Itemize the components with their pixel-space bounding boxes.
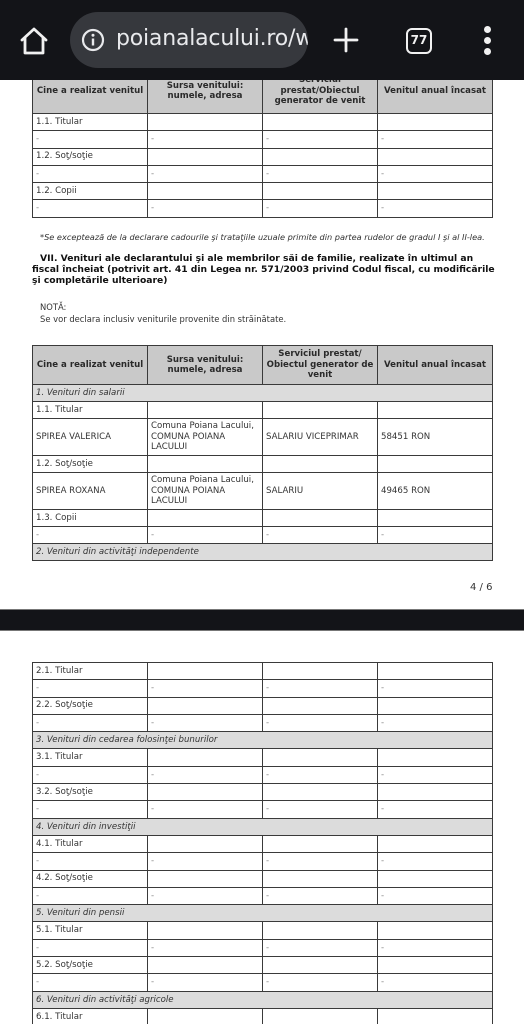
section-label: 6. Venituri din activităţi agricole [33,991,493,1008]
table-cell: - [33,680,148,697]
table-body: 2.1. Titular----2.2. Soţ/soţie----3. Ven… [33,663,493,1024]
table-cell: 4.1. Titular [33,835,148,852]
table-cell: 4.2. Soţ/soţie [33,870,148,887]
table-cell: - [148,680,263,697]
table-cell: - [263,887,378,904]
table-cell: - [263,680,378,697]
table-cell: - [148,200,263,217]
table-cell [263,456,378,473]
table-cell [263,402,378,419]
table-cell [148,697,263,714]
header-cell: Serviciul prestat/ Obiectul generator de… [263,346,378,385]
table-cell: 5.2. Soţ/soţie [33,957,148,974]
table-cell: 3.1. Titular [33,749,148,766]
table-cell: - [263,974,378,991]
table-cell [378,402,493,419]
tab-count: 77 [411,33,428,47]
table-row: ---- [33,853,493,870]
table-cell [263,510,378,527]
table-row: ---- [33,680,493,697]
table-cell [263,784,378,801]
table-cell: - [148,714,263,731]
table-cell [263,1008,378,1024]
table-cell: - [33,939,148,956]
table-row: 4.2. Soţ/soţie [33,870,493,887]
table-cell: - [148,853,263,870]
pdf-document-view[interactable]: Cine a realizat venitul Sursa venitului:… [0,0,524,1024]
table-row: ---- [33,714,493,731]
table-cell: - [33,766,148,783]
table-cell: - [378,887,493,904]
table-row: 5.2. Soţ/soţie [33,957,493,974]
table-cell: - [33,131,148,148]
table-cell: - [148,527,263,544]
table-row: 4.1. Titular [33,835,493,852]
table-row: SPIREA VALERICAComuna Poiana Lacului, CO… [33,419,493,456]
table-cell: 1.1. Titular [33,402,148,419]
table-cell [378,663,493,680]
table-cell: - [148,801,263,818]
table-cell [148,835,263,852]
section-row: 3. Venituri din cedarea folosinţei bunur… [33,732,493,749]
section-label: 3. Venituri din cedarea folosinţei bunur… [33,732,493,749]
table-cell [263,183,378,200]
table-cell [263,835,378,852]
table-cell: 1.2. Soţ/soţie [33,456,148,473]
table-cell: - [263,131,378,148]
table-cell [148,663,263,680]
table-cell [263,749,378,766]
table-row: 2.1. Titular [33,663,493,680]
section-row: 1. Venituri din salarii [33,385,493,402]
nota-text: Se vor declara inclusiv veniturile prove… [40,314,286,324]
table-row: ---- [33,974,493,991]
table-cell [378,456,493,473]
table-cell: - [148,939,263,956]
table-cell [263,922,378,939]
table-cell: - [263,766,378,783]
table-cell: - [378,974,493,991]
table-cell [378,922,493,939]
table-cell [378,749,493,766]
more-menu-button[interactable] [478,26,498,56]
table-cell: - [378,714,493,731]
table-cell [263,697,378,714]
table-cell: 6.1. Titular [33,1008,148,1024]
table-cell [148,922,263,939]
home-icon [18,25,50,57]
table-cell [378,1008,493,1024]
table-cell: - [378,200,493,217]
section-row: 6. Venituri din activităţi agricole [33,991,493,1008]
section-title: VII. Venituri ale declarantului şi ale m… [32,253,502,286]
table-cell: - [33,974,148,991]
table-cell: 2.1. Titular [33,663,148,680]
table-cell: SALARIU [263,473,378,510]
table-cell [378,870,493,887]
table-cell: - [148,165,263,182]
table-cell: 5.1. Titular [33,922,148,939]
section-row: 4. Venituri din investiţii [33,818,493,835]
table-cell [148,183,263,200]
table-cell [148,870,263,887]
plus-icon [330,24,362,56]
menu-dot [484,37,491,44]
table-cell: SALARIU VICEPRIMAR [263,419,378,456]
table-cell: - [148,131,263,148]
new-tab-button[interactable] [330,24,362,56]
table-cell [263,870,378,887]
table-cell: - [33,887,148,904]
table-cell: - [378,939,493,956]
table-row: 1.1. Titular [33,114,493,131]
table-cell [148,402,263,419]
table-cell [148,510,263,527]
table-row: 6.1. Titular [33,1008,493,1024]
table-body: 1.1. Titular----1.2. Soţ/soţie----1.2. C… [33,114,493,218]
table-cell: - [148,766,263,783]
table-row: 5.1. Titular [33,922,493,939]
table-cell [378,835,493,852]
home-button[interactable] [18,25,50,57]
table-header-row: Cine a realizat venitul Sursa venitului:… [33,346,493,385]
section-row: 2. Venituri din activităţi independente [33,544,493,561]
table-cell: - [263,801,378,818]
table-body: 1. Venituri din salarii1.1. TitularSPIRE… [33,385,493,561]
table-row: ---- [33,527,493,544]
income-table-salaries: Cine a realizat venitul Sursa venitului:… [32,345,493,561]
table-row: ---- [33,131,493,148]
table-cell: 2.2. Soţ/soţie [33,697,148,714]
table-cell: 1.2. Copii [33,183,148,200]
table-cell [148,957,263,974]
header-cell: Venitul anual încasat [378,346,493,385]
page-indicator: 4 / 6 [470,582,492,593]
table-cell [378,114,493,131]
info-icon[interactable] [81,28,105,52]
table-row: 3.1. Titular [33,749,493,766]
section-label: 5. Venituri din pensii [33,905,493,922]
table-cell [378,957,493,974]
section-label: 4. Venituri din investiţii [33,818,493,835]
browser-toolbar: poianalacului.ro/w 77 [0,0,524,80]
more-vert-icon [484,26,491,33]
table-row: 3.2. Soţ/soţie [33,784,493,801]
table-cell: - [263,714,378,731]
table-cell: - [263,939,378,956]
table-cell: 1.3. Copii [33,510,148,527]
section-label: 1. Venituri din salarii [33,385,493,402]
table-cell: SPIREA ROXANA [33,473,148,510]
table-cell: - [378,680,493,697]
table-cell: Comuna Poiana Lacului, COMUNA POIANA LAC… [148,419,263,456]
page-separator [0,609,524,631]
table-cell [148,148,263,165]
table-cell: - [33,527,148,544]
table-row: ---- [33,887,493,904]
table-cell: - [148,974,263,991]
section-row: 5. Venituri din pensii [33,905,493,922]
table-cell: - [33,714,148,731]
table-cell: - [263,853,378,870]
table-cell [378,510,493,527]
table-cell [148,749,263,766]
table-row: ---- [33,165,493,182]
section-label: 2. Venituri din activităţi independente [33,544,493,561]
table-cell: Comuna Poiana Lacului, COMUNA POIANA LAC… [148,473,263,510]
table-row: 1.3. Copii [33,510,493,527]
url-text[interactable]: poianalacului.ro/w [116,26,308,51]
table-cell: - [33,853,148,870]
table-cell [148,114,263,131]
nota-label: NOTĂ: [40,302,66,312]
table-cell: 49465 RON [378,473,493,510]
table-row: 1.2. Soţ/soţie [33,148,493,165]
table-cell: 1.2. Soţ/soţie [33,148,148,165]
table-cell: - [33,801,148,818]
table-cell [378,697,493,714]
table-cell: SPIREA VALERICA [33,419,148,456]
table-row: 1.2. Copii [33,183,493,200]
table-cell: - [378,165,493,182]
table-row: ---- [33,766,493,783]
table-cell: 1.1. Titular [33,114,148,131]
table-row: ---- [33,801,493,818]
table-cell [263,663,378,680]
table-cell: - [263,165,378,182]
menu-dot [484,48,491,55]
table-cell [148,1008,263,1024]
table-cell [148,784,263,801]
income-table-gifts: Cine a realizat venitul Sursa venitului:… [32,68,493,218]
table-row: 1.2. Soţ/soţie [33,456,493,473]
table-row: ---- [33,939,493,956]
table-cell: - [378,527,493,544]
table-cell: - [378,131,493,148]
table-cell: 58451 RON [378,419,493,456]
header-cell: Cine a realizat venitul [33,346,148,385]
table-cell: 3.2. Soţ/soţie [33,784,148,801]
table-row: 2.2. Soţ/soţie [33,697,493,714]
table-cell [148,456,263,473]
table-cell: - [378,801,493,818]
table-cell: - [378,766,493,783]
tab-switcher-button[interactable]: 77 [406,28,432,54]
table-cell: - [263,527,378,544]
table-cell [263,114,378,131]
table-cell: - [148,887,263,904]
income-table-continued: 2.1. Titular----2.2. Soţ/soţie----3. Ven… [32,662,493,1024]
table-cell: - [33,165,148,182]
table-row: SPIREA ROXANAComuna Poiana Lacului, COMU… [33,473,493,510]
table-cell: - [263,200,378,217]
address-bar[interactable]: poianalacului.ro/w [70,12,308,68]
table-cell: - [33,200,148,217]
table-cell [378,183,493,200]
header-cell: Sursa venitului: numele, adresa [148,346,263,385]
table-cell: - [378,853,493,870]
table-row: ---- [33,200,493,217]
footnote: *Se exceptează de la declarare cadourile… [40,232,485,242]
table-cell [263,957,378,974]
table-cell [378,148,493,165]
table-row: 1.1. Titular [33,402,493,419]
table-cell [263,148,378,165]
table-cell [378,784,493,801]
